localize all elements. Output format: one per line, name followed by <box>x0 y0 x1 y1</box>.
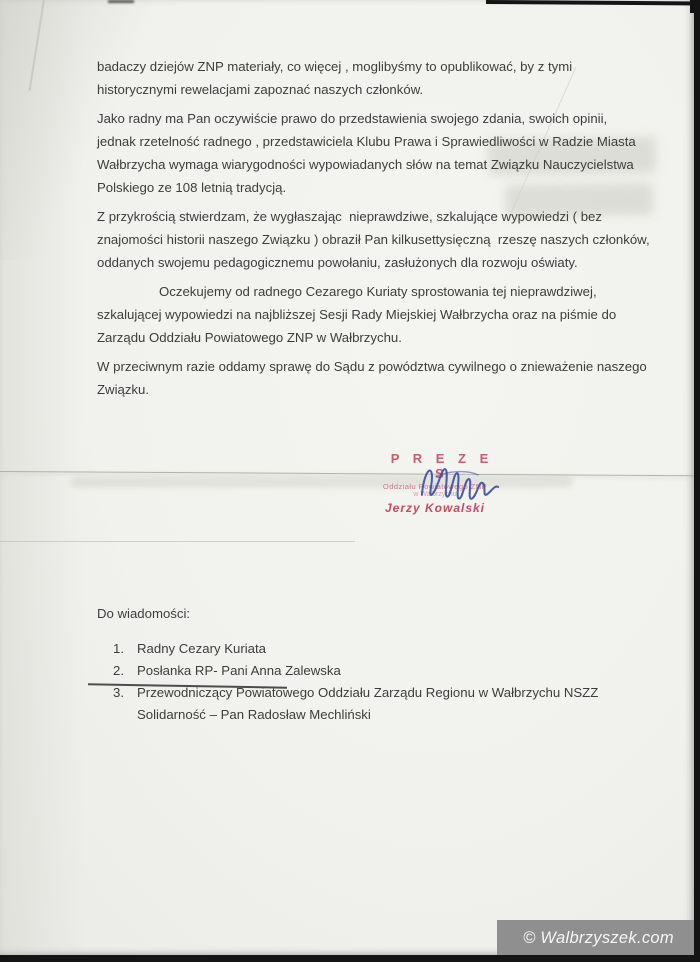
list-item: 3.Przewodniczący Powiatowego Oddziału Za… <box>97 682 598 726</box>
distribution-list: 1.Radny Cezary Kuriata2.Posłanka RP- Pan… <box>97 638 598 726</box>
distribution-section: Do wiadomości: 1.Radny Cezary Kuriata2.P… <box>97 603 598 726</box>
text-line: W przeciwnym razie oddamy sprawę do Sądu… <box>97 356 637 379</box>
list-item-number: 1. <box>113 638 137 660</box>
list-item: 2.Posłanka RP- Pani Anna Zalewska <box>97 660 598 682</box>
letter-body: badaczy dziejów ZNP materiały, co więcej… <box>97 56 637 409</box>
text-line: znajomości historii naszego Związku ) ob… <box>97 229 637 252</box>
list-item-text: Radny Cezary Kuriata <box>137 638 266 660</box>
scanner-edge-mark <box>108 0 134 3</box>
list-item: 1.Radny Cezary Kuriata <box>97 638 598 660</box>
paragraph: Jako radny ma Pan oczywiście prawo do pr… <box>97 108 637 199</box>
paper-sheet: badaczy dziejów ZNP materiały, co więcej… <box>0 0 695 956</box>
text-line: Związku. <box>97 379 637 402</box>
watermark-badge: © Walbrzyszek.com <box>497 920 700 956</box>
scanner-edge-bottom <box>0 955 700 962</box>
list-item-text: Przewodniczący Powiatowego Oddziału Zarz… <box>137 682 598 726</box>
text-line: historycznymi rewelacjami zapoznać naszy… <box>97 79 637 102</box>
text-line: badaczy dziejów ZNP materiały, co więcej… <box>97 56 637 79</box>
list-item-number: 2. <box>113 660 137 682</box>
paper-crease <box>29 0 45 91</box>
text-line: Zarządu Oddziału Powiatowego ZNP w Wałbr… <box>97 327 637 350</box>
text-line: oddanych swojemu pedagogicznemu powołani… <box>97 252 637 275</box>
paper-fold-line <box>0 471 695 476</box>
scanned-letter-screenshot: { "letter": { "paragraphs": [ {"lines": … <box>0 0 700 962</box>
paragraph: badaczy dziejów ZNP materiały, co więcej… <box>97 56 637 101</box>
text-line: Polskiego ze 108 letnią tradycją. <box>97 177 637 200</box>
paragraph: Oczekujemy od radnego Cezarego Kuriaty s… <box>97 281 637 349</box>
text-line: Z przykrością stwierdzam, że wygłaszając… <box>97 206 637 229</box>
text-line: Oczekujemy od radnego Cezarego Kuriaty s… <box>97 281 637 304</box>
scanner-edge-right <box>694 0 700 962</box>
paper-shading-left <box>0 0 85 956</box>
list-item-text: Posłanka RP- Pani Anna Zalewska <box>137 660 341 682</box>
text-line: jednak rzetelność radnego , przedstawici… <box>97 131 637 154</box>
paragraph: W przeciwnym razie oddamy sprawę do Sądu… <box>97 356 637 401</box>
paragraph: Z przykrością stwierdzam, że wygłaszając… <box>97 206 637 274</box>
paper-fold-line <box>0 541 355 542</box>
text-line: Jako radny ma Pan oczywiście prawo do pr… <box>97 108 637 131</box>
text-line: szkalującej wypowiedzi na najbliższej Se… <box>97 304 637 327</box>
distribution-heading: Do wiadomości: <box>97 603 598 625</box>
watermark-text: © Walbrzyszek.com <box>523 929 674 948</box>
text-line: Wałbrzycha wymaga wiarygodności wypowiad… <box>97 154 637 177</box>
handwritten-signature <box>416 457 504 507</box>
scanner-edge-corner <box>690 0 700 13</box>
